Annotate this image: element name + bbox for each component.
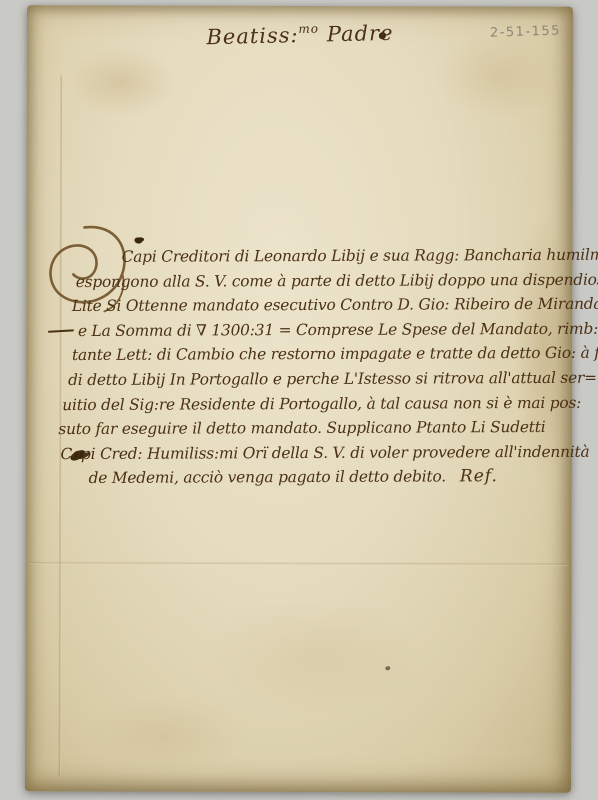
paper-stain — [205, 596, 425, 717]
horizontal-fold-crease — [30, 561, 568, 565]
archive-number-label: 2-51-155 — [490, 23, 561, 40]
manuscript-line: espongono alla S. V. come à parte di det… — [42, 267, 566, 294]
ink-blot — [385, 666, 390, 670]
ink-blot — [134, 236, 144, 244]
salutation-prefix: Beatiss: — [206, 23, 299, 49]
paper-stain — [85, 695, 245, 775]
manuscript-line: e La Somma di ∇ 1300:31 = Comprese Le Sp… — [42, 317, 566, 344]
photo-background: Beatiss:mo Padre 2-51-155 Capi Creditori… — [0, 0, 598, 800]
manuscript-line-text: e La Somma di ∇ 1300:31 = Comprese Le Sp… — [78, 319, 598, 339]
manuscript-line: Capi Creditori di Leonardo Libij e sua R… — [42, 243, 566, 270]
manuscript-line: uitio del Sig:re Residente di Portogallo… — [42, 390, 566, 417]
manuscript-line: suto far eseguire il detto mandato. Supp… — [42, 415, 566, 442]
salutation-superscript: mo — [298, 22, 319, 36]
manuscript-sheet: Beatiss:mo Padre 2-51-155 Capi Creditori… — [25, 5, 573, 792]
lead-flourish-stroke — [48, 329, 74, 332]
paper-stain — [67, 47, 177, 117]
manuscript-line: Capi Cred: Humiliss:mi Orï della S. V. d… — [42, 440, 566, 467]
petition-body: Capi Creditori di Leonardo Libij e sua R… — [42, 243, 567, 491]
paper-stain — [435, 30, 565, 120]
manuscript-line-text: de Medemi, acciò venga pagato il detto d… — [89, 468, 446, 488]
manuscript-line: tante Lett: di Cambio che restorno impag… — [42, 341, 566, 368]
salutation-word: Padre — [319, 21, 394, 47]
manuscript-line: Lite Si Ottenne mandato esecutivo Contro… — [42, 292, 566, 319]
closing-mark: Ref. — [460, 467, 498, 487]
manuscript-line: di detto Libij In Portogallo e perche L'… — [42, 366, 566, 393]
manuscript-line: de Medemi, acciò venga pagato il detto d… — [43, 464, 567, 491]
